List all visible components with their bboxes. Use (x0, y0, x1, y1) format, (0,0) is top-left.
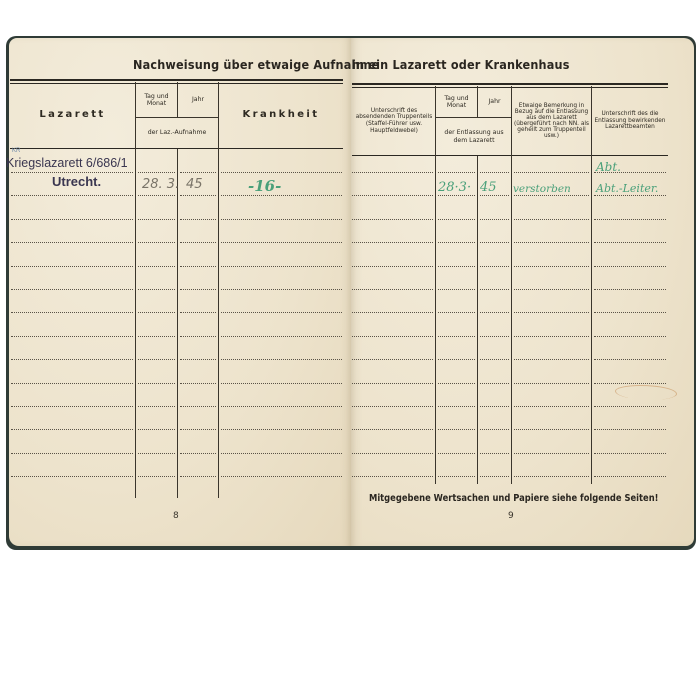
dotted-rule (594, 476, 666, 477)
entry-aufnahme-jahr: 45 (186, 177, 203, 192)
dotted-rule (352, 406, 433, 407)
dotted-rule (11, 242, 133, 243)
right-col-divider-1 (435, 86, 436, 484)
header-jahr-entlassung: Jahr (478, 87, 511, 117)
header-unterschrift-beamten: Unterschrift des die Entlassung bewirken… (592, 87, 668, 155)
header-tag-monat: Tag und Monat (136, 84, 177, 116)
dotted-rule (11, 359, 133, 360)
dotted-rule (438, 383, 475, 384)
dotted-rule (514, 312, 589, 313)
header-lazarett: Lazarett (10, 82, 135, 148)
dotted-rule (11, 172, 133, 173)
dotted-rule (480, 289, 509, 290)
dotted-rule (221, 453, 342, 454)
header-jahr: Jahr (178, 84, 218, 116)
dotted-rule (221, 336, 342, 337)
dotted-rule (352, 219, 433, 220)
dotted-rule (221, 172, 342, 173)
dotted-rule (594, 453, 666, 454)
dotted-rule (352, 336, 433, 337)
dotted-rule (594, 336, 666, 337)
dotted-rule (514, 476, 589, 477)
dotted-rule (480, 406, 509, 407)
dotted-rule (438, 359, 475, 360)
dotted-rule (514, 383, 589, 384)
page-number-left: 8 (173, 511, 179, 521)
entry-unterschrift-title: Abt.-Leiter. (596, 182, 658, 195)
dotted-rule (180, 406, 216, 407)
dotted-rule (138, 289, 175, 290)
dotted-rule (480, 453, 509, 454)
dotted-rule (221, 429, 342, 430)
dotted-rule (11, 266, 133, 267)
stamp-lazarett-name: Kriegslazarett 6/686/1 (6, 156, 128, 170)
dotted-rule (514, 266, 589, 267)
dotted-rule (221, 406, 342, 407)
dotted-rule (438, 289, 475, 290)
dotted-rule (514, 406, 589, 407)
dotted-rule (180, 429, 216, 430)
dotted-rule (180, 476, 216, 477)
dotted-rule (180, 336, 216, 337)
dotted-rule (594, 429, 666, 430)
dotted-rule (221, 266, 342, 267)
dotted-rule (438, 172, 475, 173)
entry-entlassung-jahr: 45 (480, 180, 497, 195)
dotted-rule (438, 336, 475, 337)
dotted-rule (11, 429, 133, 430)
dotted-rule (138, 429, 175, 430)
dotted-rule (480, 336, 509, 337)
dotted-rule (221, 383, 342, 384)
entry-unterschrift-signature: Abt. (596, 160, 621, 174)
dotted-rule (180, 312, 216, 313)
dotted-rule (352, 429, 433, 430)
dotted-rule (514, 429, 589, 430)
page-title-right: in ein Lazarett oder Krankenhaus (352, 57, 570, 72)
dotted-rule (11, 476, 133, 477)
dotted-rule (138, 406, 175, 407)
dotted-rule (221, 312, 342, 313)
dotted-rule (221, 359, 342, 360)
dotted-rule (352, 172, 433, 173)
dotted-rule (514, 242, 589, 243)
dotted-rule (438, 312, 475, 313)
dotted-rule (480, 359, 509, 360)
dotted-rule (180, 172, 216, 173)
header-tag-monat-entlassung: Tag und Monat (436, 87, 477, 117)
dotted-rule (438, 476, 475, 477)
page-title-left: Nachweisung über etwaige Aufnahme (133, 57, 379, 72)
left-col-divider-2b (177, 149, 178, 498)
page-number-right: 9 (508, 511, 514, 521)
dotted-rule (138, 453, 175, 454)
right-header-bottom-rule (352, 155, 668, 156)
dotted-rule (11, 336, 133, 337)
dotted-rule (221, 289, 342, 290)
dotted-rule (514, 195, 589, 196)
dotted-rule (352, 312, 433, 313)
dotted-rule (594, 195, 666, 196)
dotted-rule (180, 289, 216, 290)
dotted-rule (180, 266, 216, 267)
dotted-rule (11, 312, 133, 313)
dotted-rule (514, 172, 589, 173)
dotted-rule (480, 312, 509, 313)
entry-aufnahme-tag-monat: 28. 3. (142, 177, 179, 192)
dotted-rule (594, 266, 666, 267)
dotted-rule (138, 383, 175, 384)
entry-bemerkung: verstorben (513, 183, 571, 195)
dotted-rule (138, 312, 175, 313)
dotted-rule (221, 476, 342, 477)
handwritten-note: KR (12, 148, 20, 154)
footer-note: Mitgegebene Wertsachen und Papiere siehe… (369, 493, 658, 504)
dotted-rule (438, 195, 475, 196)
dotted-rule (138, 195, 175, 196)
dotted-rule (480, 242, 509, 243)
header-unterschrift-truppenteil: Unterschrift des absendenden Truppenteil… (354, 87, 434, 155)
dotted-rule (594, 289, 666, 290)
dotted-rule (352, 195, 433, 196)
dotted-rule (11, 406, 133, 407)
dotted-rule (180, 383, 216, 384)
dotted-rule (138, 219, 175, 220)
dotted-rule (480, 383, 509, 384)
header-krankheit: Krankheit (219, 82, 343, 148)
dotted-rule (352, 453, 433, 454)
dotted-rule (11, 219, 133, 220)
dotted-rule (438, 406, 475, 407)
dotted-rule (138, 476, 175, 477)
dotted-rule (480, 266, 509, 267)
dotted-rule (221, 219, 342, 220)
dotted-rule (438, 242, 475, 243)
dotted-rule (11, 195, 133, 196)
dotted-rule (138, 336, 175, 337)
dotted-rule (514, 359, 589, 360)
dotted-rule (594, 359, 666, 360)
dotted-rule (11, 453, 133, 454)
dotted-rule (594, 406, 666, 407)
dotted-rule (352, 289, 433, 290)
dotted-rule (138, 242, 175, 243)
dotted-rule (180, 219, 216, 220)
entry-krankheit: -16- (248, 177, 281, 195)
dotted-rule (221, 242, 342, 243)
stamp-lazarett-city: Utrecht. (52, 174, 101, 189)
dotted-rule (438, 453, 475, 454)
dotted-rule (594, 242, 666, 243)
dotted-rule (138, 172, 175, 173)
dotted-rule (11, 383, 133, 384)
dotted-rule (438, 219, 475, 220)
dotted-rule (352, 383, 433, 384)
dotted-rule (352, 266, 433, 267)
dotted-rule (594, 383, 666, 384)
dotted-rule (514, 289, 589, 290)
dotted-rule (480, 476, 509, 477)
dotted-rule (514, 219, 589, 220)
header-aufnahme: der Laz.-Aufnahme (136, 118, 218, 148)
dotted-rule (138, 359, 175, 360)
dotted-rule (594, 219, 666, 220)
dotted-rule (11, 289, 133, 290)
dotted-rule (221, 195, 342, 196)
dotted-rule (438, 429, 475, 430)
header-bemerkung: Etwaige Bemerkung in Bezug auf die Entla… (512, 87, 591, 155)
dotted-rule (480, 195, 509, 196)
dotted-rule (594, 312, 666, 313)
right-col-divider-2b (477, 156, 478, 484)
dotted-rule (180, 453, 216, 454)
dotted-rule (180, 242, 216, 243)
dotted-rule (180, 195, 216, 196)
header-entlassung: der Entlassung aus dem Lazarett (437, 118, 511, 155)
dotted-rule (514, 336, 589, 337)
dotted-rule (480, 429, 509, 430)
dotted-rule (352, 242, 433, 243)
dotted-rule (480, 172, 509, 173)
dotted-rule (514, 453, 589, 454)
dotted-rule (438, 266, 475, 267)
dotted-rule (352, 359, 433, 360)
entry-entlassung-tag-monat: 28·3· (438, 180, 471, 195)
dotted-rule (138, 266, 175, 267)
dotted-rule (180, 359, 216, 360)
dotted-rule (352, 476, 433, 477)
dotted-rule (480, 219, 509, 220)
